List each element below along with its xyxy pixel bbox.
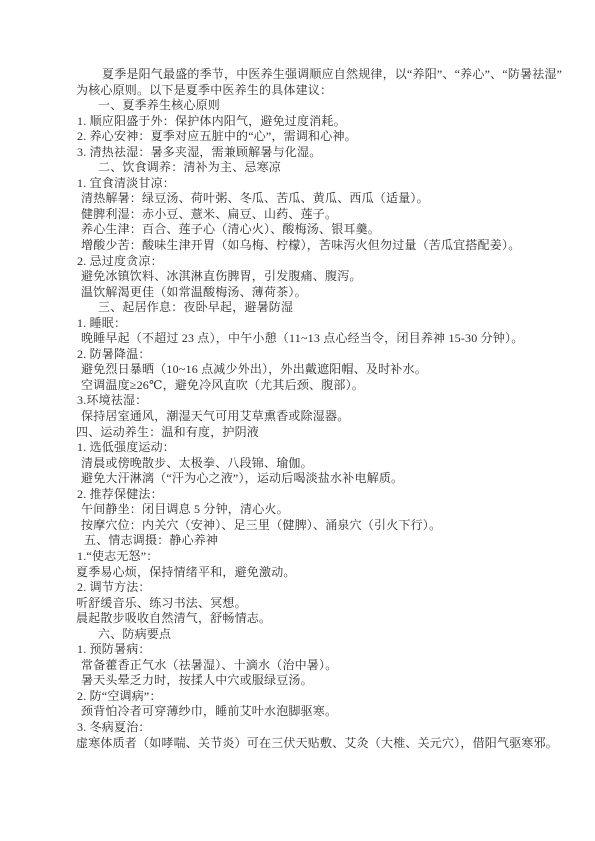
doc-line: 暑天头晕乏力时，按揉人中穴或服绿豆汤。 (76, 673, 525, 689)
doc-line: 一、夏季养生核心原则 (76, 98, 525, 114)
doc-line: 避免烈日暴晒（10~16 点减少外出），外出戴遮阳帽、及时补水。 (76, 362, 525, 378)
doc-line: 1. 睡眠： (76, 316, 525, 332)
doc-line: 3. 冬病夏治： (76, 720, 525, 736)
doc-line: 按摩穴位：内关穴（安神）、足三里（健脾）、涌泉穴（引火下行）。 (76, 518, 525, 534)
doc-line: 健脾利湿：赤小豆、薏米、扁豆、山药、莲子。 (76, 207, 525, 223)
doc-line: 2. 调节方法： (76, 580, 525, 596)
doc-line: 五、情志调摄：静心养神 (76, 533, 525, 549)
doc-line: 二、饮食调养：清补为主、忌寒凉 (76, 160, 525, 176)
doc-line: 为核心原则。以下是夏季中医养生的具体建议： (76, 83, 525, 99)
doc-line: 空调温度≥26℃，避免冷风直吹（尤其后颈、腹部）。 (76, 378, 525, 394)
doc-line: 2. 养心安神：夏季对应五脏中的“心”，需调和心神。 (76, 129, 525, 145)
doc-line: 虚寒体质者（如哮喘、关节炎）可在三伏天贴敷、艾灸（大椎、关元穴），借阳气驱寒邪。 (76, 736, 525, 752)
doc-line: 四、运动养生：温和有度，护阴液 (76, 425, 525, 441)
doc-line: 夏季是阳气最盛的季节，中医养生强调顺应自然规律，以“养阳”、“养心”、“防暑祛湿… (76, 67, 525, 83)
doc-line: 午间静坐：闭目调息 5 分钟，清心火。 (76, 502, 525, 518)
doc-line: 保持居室通风，潮湿天气可用艾草熏香或除湿器。 (76, 409, 525, 425)
doc-line: 2. 推荐保健法： (76, 487, 525, 503)
doc-line: 养心生津：百合、莲子心（清心火）、酸梅汤、银耳羹。 (76, 222, 525, 238)
doc-line: 2. 防“空调病”： (76, 689, 525, 705)
document-page: 夏季是阳气最盛的季节，中医养生强调顺应自然规律，以“养阳”、“养心”、“防暑祛湿… (0, 0, 595, 841)
doc-line: 常备藿香正气水（祛暑湿）、十滴水（治中暑）。 (76, 658, 525, 674)
doc-line: 清晨或傍晚散步、太极拳、八段锦、瑜伽。 (76, 456, 525, 472)
doc-line: 六、防病要点 (76, 627, 525, 643)
doc-line: 1.“使志无怒”： (76, 549, 525, 565)
doc-line: 1. 顺应阳盛于外：保护体内阳气，避免过度消耗。 (76, 114, 525, 130)
doc-line: 3.环境祛湿： (76, 393, 525, 409)
doc-line: 避免冰镇饮料、冰淇淋直伤脾胃，引发腹痛、腹泻。 (76, 269, 525, 285)
doc-line: 3. 清热祛湿：暑多夹湿，需兼顾解暑与化湿。 (76, 145, 525, 161)
document-body: 夏季是阳气最盛的季节，中医养生强调顺应自然规律，以“养阳”、“养心”、“防暑祛湿… (76, 67, 525, 751)
doc-line: 避免大汗淋漓（“汗为心之液”），运动后喝淡盐水补电解质。 (76, 471, 525, 487)
doc-line: 增酸少苦：酸味生津开胃（如乌梅、柠檬），苦味泻火但勿过量（苦瓜宜搭配姜）。 (76, 238, 525, 254)
doc-line: 2. 防暑降温： (76, 347, 525, 363)
doc-line: 听舒缓音乐、练习书法、冥想。 (76, 596, 525, 612)
doc-line: 晨起散步吸收自然清气，舒畅情志。 (76, 611, 525, 627)
doc-line: 1. 预防暑病： (76, 642, 525, 658)
doc-line: 晚睡早起（不超过 23 点），中午小憩（11~13 点心经当令，闭目养神 15-… (76, 331, 525, 347)
doc-line: 温饮解渴更佳（如常温酸梅汤、薄荷茶）。 (76, 285, 525, 301)
doc-line: 2. 忌过度贪凉： (76, 254, 525, 270)
doc-line: 1. 选低强度运动： (76, 440, 525, 456)
doc-line: 夏季易心烦，保持情绪平和，避免激动。 (76, 565, 525, 581)
doc-line: 三、起居作息：夜卧早起，避暑防湿 (76, 300, 525, 316)
doc-line: 1. 宜食清淡甘凉： (76, 176, 525, 192)
doc-line: 清热解暑：绿豆汤、荷叶粥、冬瓜、苦瓜、黄瓜、西瓜（适量）。 (76, 191, 525, 207)
doc-line: 颈背怕冷者可穿薄纱巾，睡前艾叶水泡脚驱寒。 (76, 704, 525, 720)
